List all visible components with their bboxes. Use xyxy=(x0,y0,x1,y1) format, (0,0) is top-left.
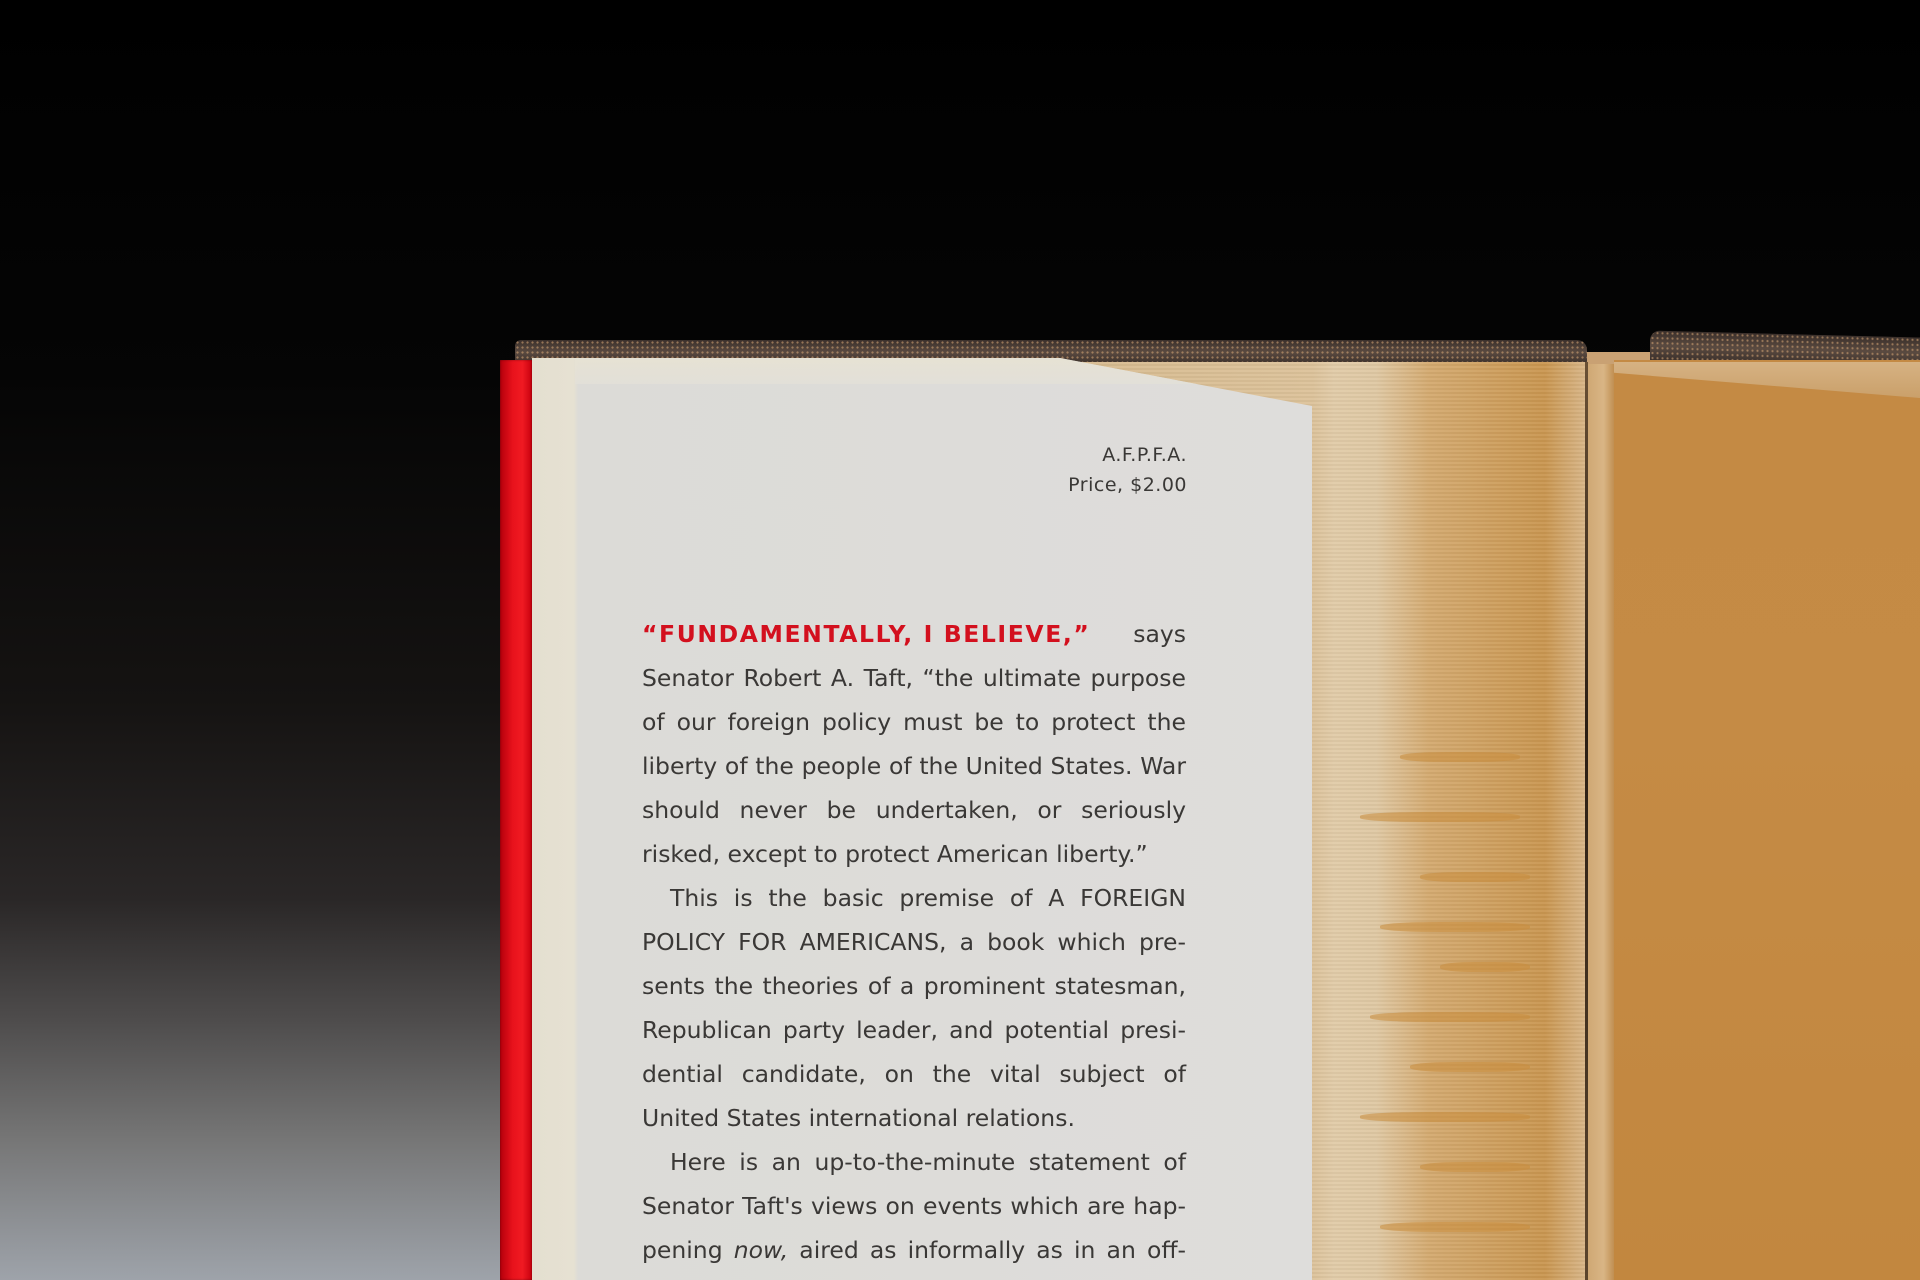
blurb-says: says xyxy=(1133,612,1186,656)
blurb-line: Republican party leader, and potential p… xyxy=(642,1008,1186,1052)
right-endpaper xyxy=(1614,360,1920,1280)
blurb-emphasis: now, xyxy=(734,1236,788,1264)
blurb-line-last: pening now, aired as informally as in an… xyxy=(642,1228,1186,1272)
blurb-line: This is the basic premise of A FOREIGN xyxy=(642,876,1186,920)
flap-corner-info: A.F.P.F.A. Price, $2.00 xyxy=(1068,440,1187,500)
blurb-line: Senator Taft's views on events which are… xyxy=(642,1184,1186,1228)
blurb-line: United States international relations. xyxy=(642,1096,1186,1140)
blurb-word: pening xyxy=(642,1236,723,1264)
blurb-headline: “FUNDAMENTALLY, I BELIEVE,” xyxy=(642,620,1090,648)
blurb-line: Senator Robert A. Taft, “the ultimate pu… xyxy=(642,656,1186,700)
blurb-word: aired as informally as in an off- xyxy=(799,1236,1186,1264)
blurb-line: should never be undertaken, or seriously xyxy=(642,788,1186,832)
blurb-line: sents the theories of a prominent states… xyxy=(642,964,1186,1008)
right-page-edge-strip xyxy=(1588,364,1614,1280)
blurb-line: of our foreign policy must be to protect… xyxy=(642,700,1186,744)
blurb-line: risked, except to protect American liber… xyxy=(642,832,1186,876)
blurb-line: Here is an up-to-the-minute statement of xyxy=(642,1140,1186,1184)
blurb-line: liberty of the people of the United Stat… xyxy=(642,744,1186,788)
blurb-line: POLICY FOR AMERICANS, a book which pre- xyxy=(642,920,1186,964)
blurb-line-1: “FUNDAMENTALLY, I BELIEVE,” says xyxy=(642,612,1186,656)
blurb-line: dential candidate, on the vital subject … xyxy=(642,1052,1186,1096)
flap-blurb: “FUNDAMENTALLY, I BELIEVE,” says Senator… xyxy=(642,612,1186,1272)
flap-code: A.F.P.F.A. xyxy=(1068,440,1187,470)
red-book-spine xyxy=(500,360,532,1280)
flap-price: Price, $2.00 xyxy=(1068,470,1187,500)
